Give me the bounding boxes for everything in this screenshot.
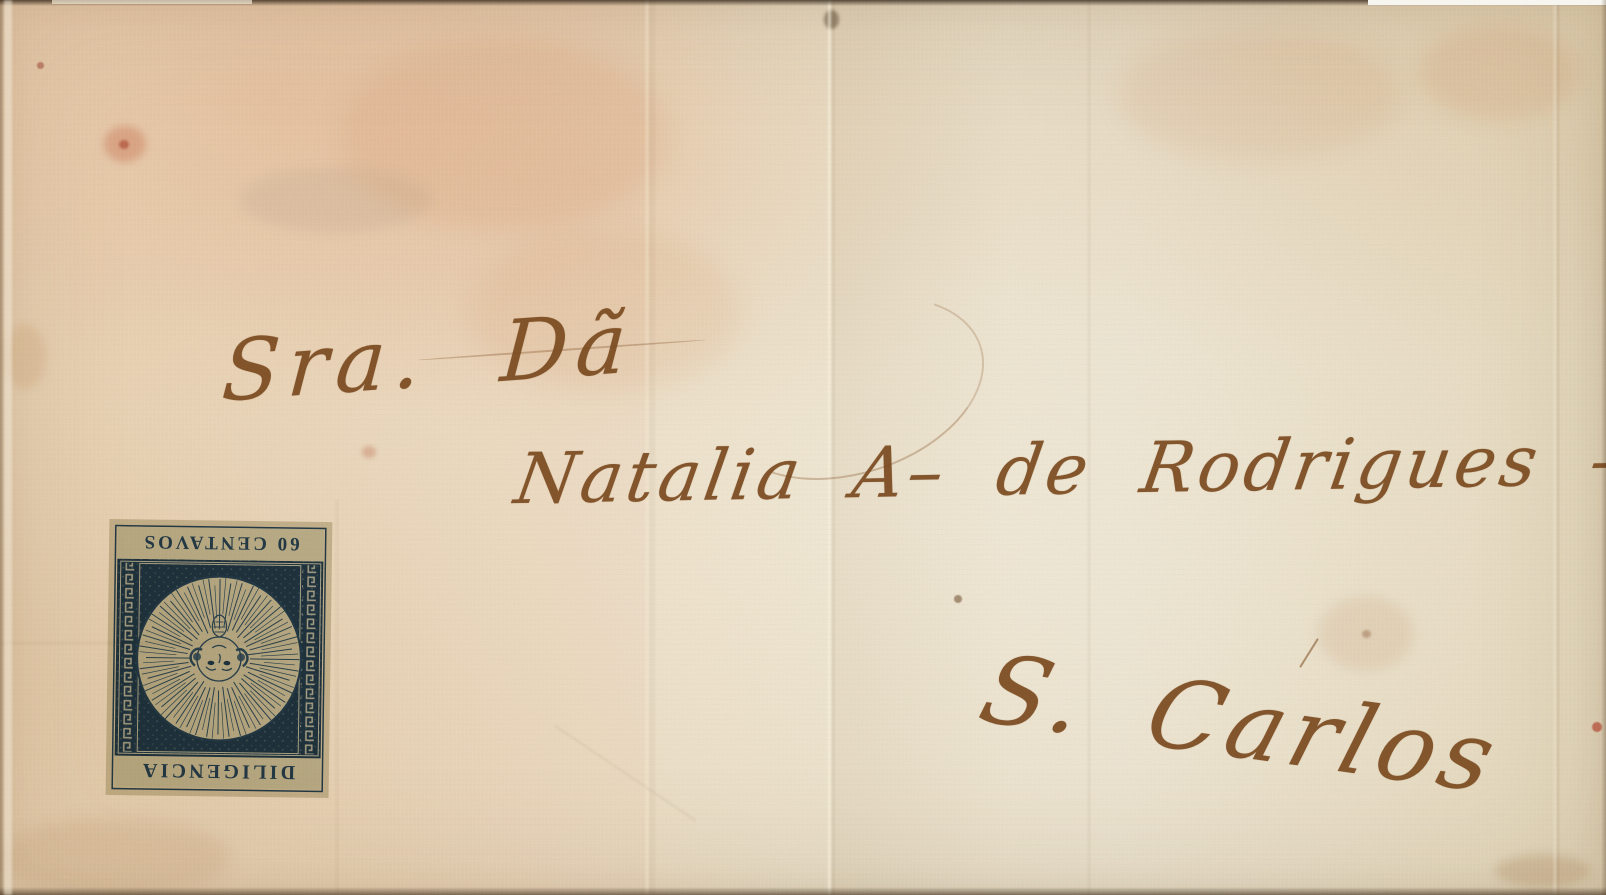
- greek-key-border-left: [300, 565, 320, 754]
- stain-speck: [954, 595, 962, 603]
- bottom-edge-shadow: [0, 887, 1606, 895]
- pencil-smudge: [240, 168, 430, 232]
- stain: [1495, 855, 1590, 887]
- flourish-mark: [1299, 638, 1319, 668]
- fold-crease: [336, 500, 338, 895]
- stamp-graphic: DILIGENCIA 60 CENTAVOS: [105, 518, 333, 798]
- envelope: DILIGENCIA 60 CENTAVOS: [0, 0, 1606, 895]
- stain-speck: [1362, 630, 1371, 638]
- stain-red-spot: [362, 446, 376, 458]
- stain: [1318, 596, 1413, 671]
- postage-stamp: DILIGENCIA 60 CENTAVOS: [105, 518, 333, 798]
- address-line-honorific: Sra. Dã: [219, 293, 638, 421]
- left-edge-shadow: [0, 0, 5, 895]
- scanner-white-sliver: [1368, 0, 1606, 5]
- stain-red-spot: [1592, 722, 1602, 732]
- stain-speck: [37, 62, 44, 69]
- stain: [4, 325, 46, 389]
- stain: [0, 818, 230, 895]
- stain-red-spot: [104, 126, 146, 162]
- stain-red-spot: [119, 140, 129, 149]
- address-line-destination: S. Carlos: [969, 634, 1513, 815]
- stamp-inscription-value: 60 CENTAVOS: [141, 531, 299, 554]
- stain: [1120, 30, 1400, 160]
- address-line-recipient: Natalia A– de Rodrigues —: [510, 418, 1606, 520]
- edge-nick: [824, 10, 839, 29]
- scanner-light-sliver: [52, 0, 252, 4]
- fold-crease: [554, 725, 696, 822]
- stain: [340, 40, 670, 230]
- top-edge-shadow: [0, 0, 1606, 6]
- greek-key-border-right: [119, 563, 139, 752]
- left-edge-highlight: [4, 0, 12, 895]
- stamp-inscription-top: DILIGENCIA: [140, 759, 296, 783]
- stain: [1420, 25, 1580, 120]
